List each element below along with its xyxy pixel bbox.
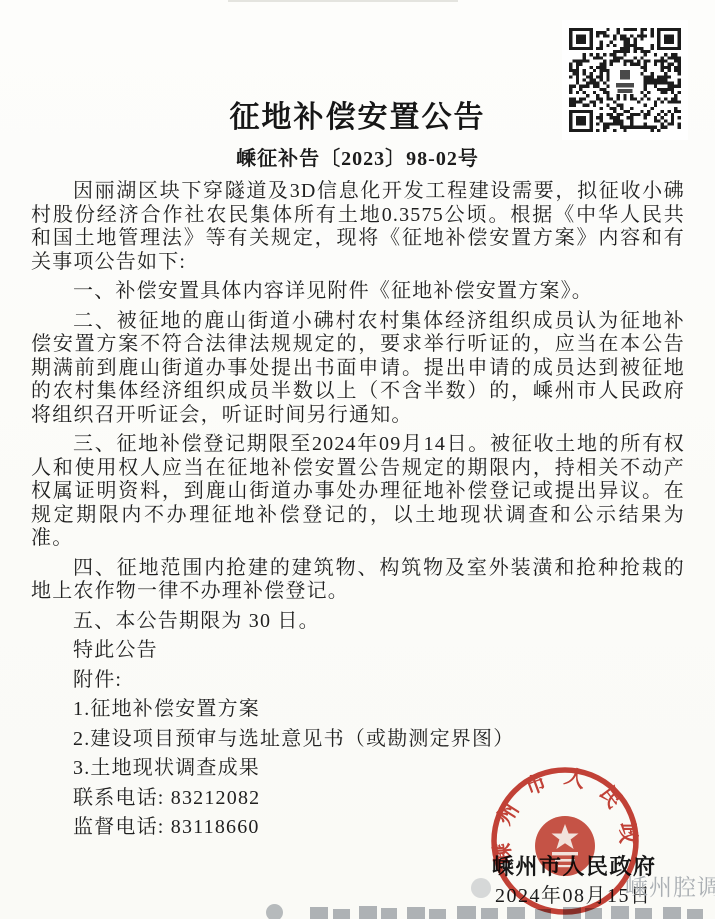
government-round-seal-icon: 嵊州市人民政府 xyxy=(486,762,644,919)
paragraph-5: 四、征地范围内抢建的建筑物、构筑物及室外装潢和抢种抢栽的地上农作物一律不办理补偿… xyxy=(31,557,685,604)
cut-off-text-fragment xyxy=(457,906,476,919)
watermark-text: 嵊州腔调 xyxy=(625,869,715,902)
cut-off-text-fragment xyxy=(310,907,328,919)
cut-off-text-fragment xyxy=(429,909,446,919)
paragraph-7: 特此公告 xyxy=(31,639,685,663)
page-title: 征地补偿安置公告 xyxy=(0,92,715,136)
cut-off-text-fragment xyxy=(687,909,703,919)
body-text: 因丽湖区块下穿隧道及3D信息化开发工程建设需要，拟征收小砩村股份经济合作社农民集… xyxy=(31,180,685,846)
scan-artifact-line xyxy=(228,0,458,2)
cut-off-caption-dot-icon xyxy=(266,904,283,919)
announcement-document: 征地补偿安置公告 嵊征补告〔2023〕98-02号 因丽湖区块下穿隧道及3D信息… xyxy=(0,0,715,919)
paragraph-8: 附件: xyxy=(31,669,685,693)
paragraph-2: 一、补偿安置具体内容详见附件《征地补偿安置方案》。 xyxy=(31,280,685,304)
paragraph-1: 因丽湖区块下穿隧道及3D信息化开发工程建设需要，拟征收小砩村股份经济合作社农民集… xyxy=(31,180,685,274)
paragraph-4: 三、征地补偿登记期限至2024年09月14日。被征收土地的所有权人和使用权人应当… xyxy=(31,433,685,551)
paragraph-10: 2.建设项目预审与选址意见书（或勘测定界图） xyxy=(31,728,685,752)
national-emblem-icon xyxy=(535,816,595,876)
document-number: 嵊征补告〔2023〕98-02号 xyxy=(0,142,715,171)
cut-off-text-fragment xyxy=(359,906,377,919)
cut-off-text-fragment xyxy=(381,908,397,919)
paragraph-6: 五、本公告期限为 30 日。 xyxy=(31,610,685,634)
cut-off-text-fragment xyxy=(333,909,350,919)
cut-off-text-fragment xyxy=(663,907,681,919)
gray-dot-icon xyxy=(471,878,491,898)
paragraph-3: 二、被征地的鹿山街道小砩村农村集体经济组织成员认为征地补偿安置方案不符合法律法规… xyxy=(31,310,685,428)
cut-off-text-fragment xyxy=(407,907,425,919)
paragraph-9: 1.征地补偿安置方案 xyxy=(31,698,685,722)
